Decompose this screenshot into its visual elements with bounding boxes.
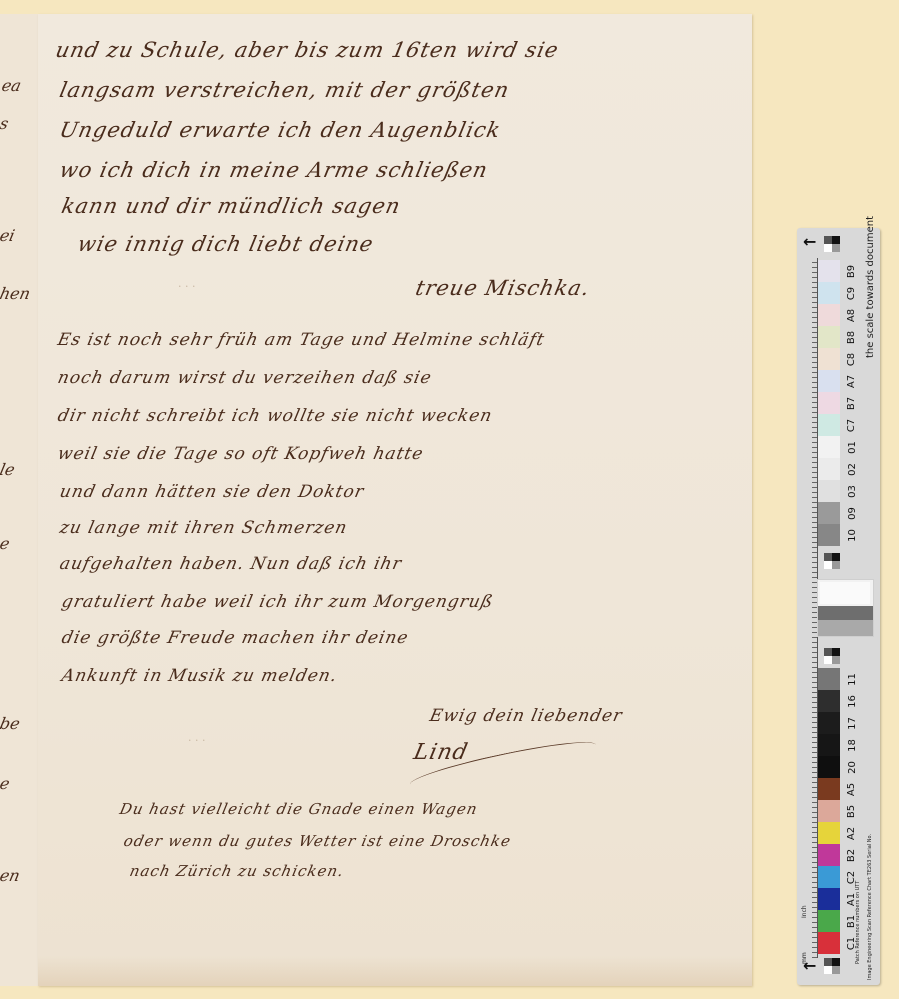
color-patch — [818, 282, 840, 304]
unit-inch: Inch — [801, 905, 808, 918]
left-page-fragment: ea — [0, 76, 23, 95]
patch-reference-note: Patch Reference numbers on UTT — [855, 881, 861, 964]
left-page-fragment: e — [0, 534, 11, 553]
signature: Lind — [411, 740, 470, 765]
color-patch — [818, 436, 840, 458]
color-patch — [818, 778, 840, 800]
color-patch — [818, 260, 840, 282]
left-page-fragment: ei — [0, 226, 17, 245]
letter-line: Es ist noch sehr früh am Tage und Helmin… — [56, 330, 547, 350]
letter-line: wie innig dich liebt deine — [75, 232, 376, 256]
arrow-left-icon: ← — [803, 232, 816, 251]
gray-quad-icon — [824, 648, 840, 664]
letter-line: und zu Schule, aber bis zum 16ten wird s… — [53, 38, 561, 62]
letter-line: langsam verstreichen, mit der größten — [57, 78, 511, 102]
patch-label: B5 — [846, 804, 857, 817]
patch-label: 16 — [846, 695, 857, 708]
color-patch — [818, 370, 840, 392]
left-page-fragment: e — [0, 774, 11, 793]
signature-closing: Ewig dein liebender — [428, 706, 625, 726]
patch-label: C8 — [846, 352, 857, 365]
letter-line: und dann hätten sie den Doktor — [58, 482, 366, 502]
color-patch — [818, 690, 840, 712]
gray-quad-icon — [824, 553, 840, 569]
patch-label: B9 — [846, 264, 857, 277]
scale-caption: the scale towards document — [865, 216, 876, 358]
color-patch — [818, 668, 840, 690]
color-patch — [818, 734, 840, 756]
color-patch — [818, 822, 840, 844]
left-page-edge: ea s ei hen le e be e en — [0, 14, 39, 986]
faint-mark: · · · — [178, 280, 195, 293]
letter-line: aufgehalten haben. Nun daß ich ihr — [58, 554, 404, 574]
left-page-fragment: s — [0, 114, 10, 133]
color-patch — [818, 888, 840, 910]
grey-step-card — [817, 579, 874, 637]
gray-quad-icon — [824, 958, 840, 974]
color-patch — [818, 502, 840, 524]
left-page-fragment: hen — [0, 284, 32, 303]
patch-label: 01 — [846, 441, 857, 454]
left-page-fragment: le — [0, 460, 17, 479]
color-patch — [818, 932, 840, 954]
color-patch — [818, 524, 840, 546]
letter-line: zu lange mit ihren Schmerzen — [58, 518, 350, 538]
gray-quad-icon — [824, 236, 840, 252]
letter-closing: treue Mischka. — [413, 276, 592, 300]
color-patch — [818, 800, 840, 822]
patch-label: 02 — [846, 463, 857, 476]
color-patch — [818, 712, 840, 734]
faint-mark: · · · — [188, 734, 205, 747]
postscript-line: nach Zürich zu schicken. — [128, 862, 346, 880]
letter-line: noch darum wirst du verzeihen daß sie — [56, 368, 434, 388]
patch-label: C9 — [846, 286, 857, 299]
patch-label: 20 — [846, 761, 857, 774]
color-patch — [818, 844, 840, 866]
letter-line: wo ich dich in meine Arme schließen — [57, 158, 490, 182]
patch-label: A5 — [846, 782, 857, 795]
patch-label: A2 — [846, 826, 857, 839]
color-patch — [818, 414, 840, 436]
patch-label: B2 — [846, 848, 857, 861]
letter-line: weil sie die Tage so oft Kopfweh hatte — [56, 444, 426, 464]
patch-label: 10 — [846, 529, 857, 542]
patch-label: 09 — [846, 507, 857, 520]
patch-label: B8 — [846, 330, 857, 343]
color-patch — [818, 304, 840, 326]
patch-label: 11 — [846, 673, 857, 686]
letter-line: Ungeduld erwarte ich den Augenblick — [57, 118, 503, 142]
letter-line: dir nicht schreibt ich wollte sie nicht … — [56, 406, 495, 426]
letter-line: die größte Freude machen ihr deine — [60, 628, 411, 648]
letter-line: gratuliert habe weil ich ihr zum Morgeng… — [60, 592, 495, 612]
color-patch — [818, 392, 840, 414]
patch-label: 18 — [846, 739, 857, 752]
color-patch — [818, 326, 840, 348]
patch-label: 03 — [846, 485, 857, 498]
patch-label: C7 — [846, 418, 857, 431]
color-patch — [818, 458, 840, 480]
color-patch — [818, 756, 840, 778]
postscript-line: Du hast vielleicht die Gnade einen Wagen — [118, 800, 479, 818]
letter-line: kann und dir mündlich sagen — [59, 194, 403, 218]
color-reference-scale: ← B9 C9 A8 B8 C8 A7 B7 C7 01 02 03 09 10… — [797, 228, 880, 985]
left-page-fragment: en — [0, 866, 22, 885]
chart-name: Image Engineering Scan Reference Chart T… — [867, 834, 873, 980]
color-patch — [818, 480, 840, 502]
patch-label: 17 — [846, 717, 857, 730]
letter-line: Ankunft in Musik zu melden. — [60, 666, 339, 686]
postscript-line: oder wenn du gutes Wetter ist eine Drosc… — [122, 832, 513, 850]
left-page-fragment: be — [0, 714, 22, 733]
color-patch — [818, 910, 840, 932]
letter-page: und zu Schule, aber bis zum 16ten wird s… — [38, 14, 752, 986]
patch-label: A8 — [846, 308, 857, 321]
unit-mm: mm — [801, 952, 808, 964]
color-patch — [818, 866, 840, 888]
color-patch — [818, 348, 840, 370]
patch-label: B7 — [846, 396, 857, 409]
patch-label: A7 — [846, 374, 857, 387]
